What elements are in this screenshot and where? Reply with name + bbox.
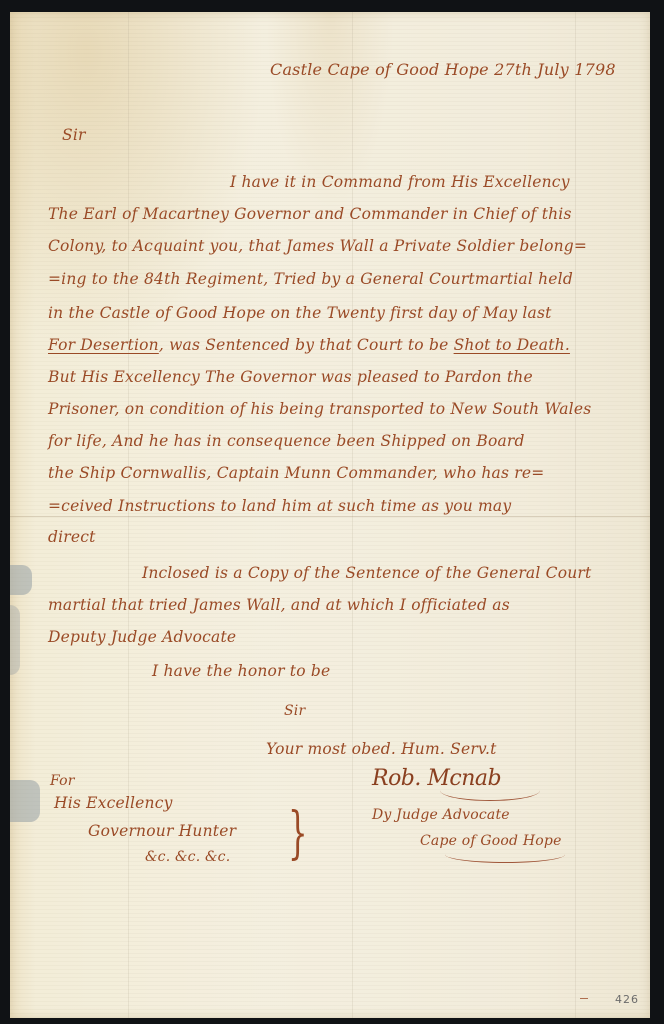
body-line-12: direct <box>48 530 96 546</box>
signatory-title: Dy Judge Advocate <box>372 808 510 822</box>
body-p2-line-1: Inclosed is a Copy of the Sentence of th… <box>142 566 591 582</box>
salutation: Sir <box>62 128 86 144</box>
addressee-line-3: &c. &c. &c. <box>145 850 230 864</box>
shot-to-death-text: Shot to Death. <box>454 336 570 354</box>
letter-sheet <box>10 12 650 1018</box>
body-line-9: for life, And he has in consequence been… <box>48 434 525 450</box>
body-p2-line-2: martial that tried James Wall, and at wh… <box>48 598 510 614</box>
body-line-1: I have it in Command from His Excellency <box>230 175 570 191</box>
sentence-text: , was Sentenced by that Court to be <box>159 336 454 354</box>
place-date-line: Castle Cape of Good Hope 27th July 1798 <box>270 62 616 78</box>
body-line-4: =ing to the 84th Regiment, Tried by a Ge… <box>48 272 573 288</box>
closing-honor-line: I have the honor to be <box>152 664 330 680</box>
curly-brace: } <box>288 806 308 862</box>
body-line-2: The Earl of Macartney Governor and Comma… <box>48 207 572 223</box>
body-line-11: =ceived Instructions to land him at such… <box>48 499 511 515</box>
chain-line <box>575 12 576 1018</box>
body-line-8: Prisoner, on condition of his being tran… <box>48 402 591 418</box>
addressee-prefix: For <box>50 774 75 788</box>
body-line-5: in the Castle of Good Hope on the Twenty… <box>48 306 552 322</box>
chain-line <box>352 12 353 1018</box>
body-line-6: For Desertion, was Sentenced by that Cou… <box>48 338 570 354</box>
water-stain <box>10 605 20 675</box>
body-line-3: Colony, to Acquaint you, that James Wall… <box>48 239 587 255</box>
for-desertion-text: For Desertion <box>48 336 159 354</box>
location-flourish <box>445 846 565 863</box>
closing-servant-line: Your most obed. Hum. Serv.t <box>266 742 497 758</box>
chain-line <box>128 12 129 1018</box>
closing-sir: Sir <box>284 704 305 718</box>
body-line-10: the Ship Cornwallis, Captain Munn Comman… <box>48 466 544 482</box>
water-stain <box>10 780 40 822</box>
addressee-line-2: Governour Hunter <box>88 824 236 840</box>
body-line-7: But His Excellency The Governor was plea… <box>48 370 533 386</box>
folio-number: 426 <box>615 993 639 1006</box>
addressee-line-1: His Excellency <box>54 796 173 812</box>
signature-flourish <box>440 780 540 801</box>
water-stain <box>10 565 32 595</box>
ink-mark <box>580 998 588 999</box>
fold-crease <box>10 516 650 517</box>
body-p2-line-3: Deputy Judge Advocate <box>48 630 236 646</box>
